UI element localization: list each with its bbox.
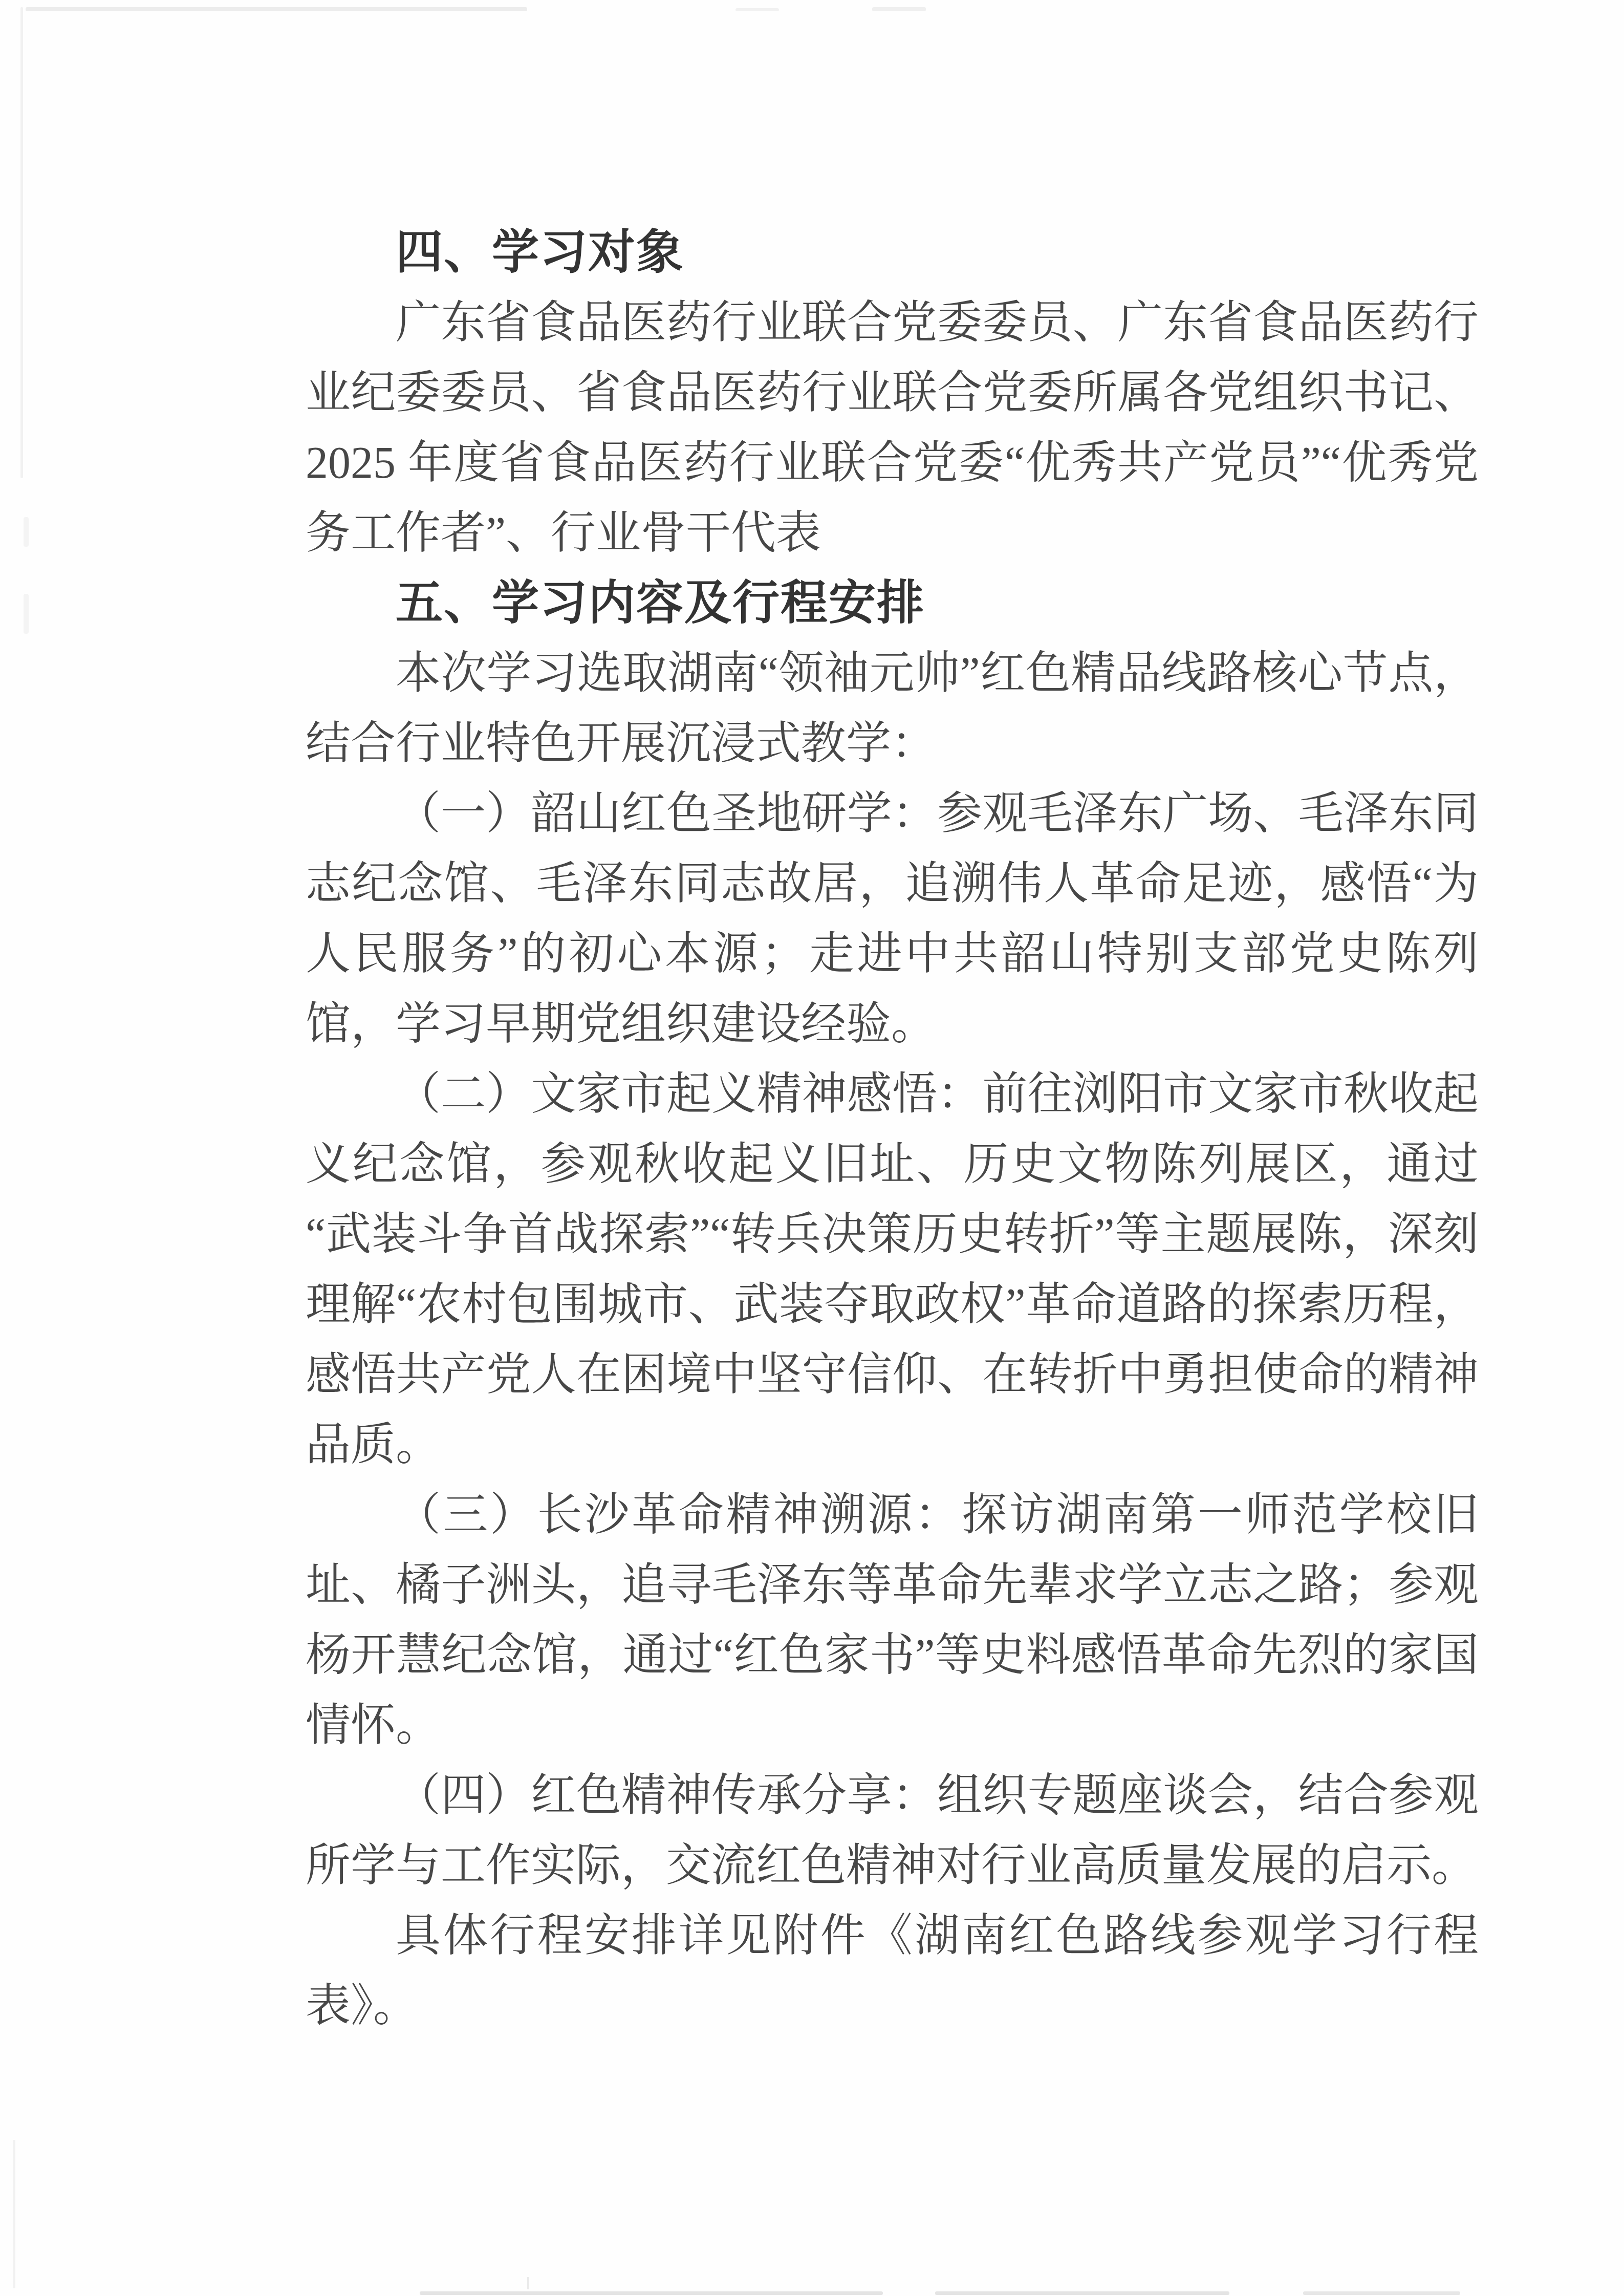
section-heading: 四、学习对象 xyxy=(306,218,1479,288)
scan-artifact-bottom-bleed xyxy=(420,2291,883,2295)
paragraph: 广东省食品医药行业联合党委委员、广东省食品医药行业纪委委员、省食品医药行业联合党… xyxy=(306,288,1479,568)
scan-artifact-left-edge xyxy=(20,7,23,478)
scan-artifact-top-dash xyxy=(735,8,779,11)
section-heading: 五、学习内容及行程安排 xyxy=(306,568,1479,638)
scan-artifact-top-dash xyxy=(872,7,926,11)
scanned-document-page: { "page": { "background_color": "#fefefe… xyxy=(0,0,1624,2296)
scan-artifact-top-edge xyxy=(26,7,527,11)
scan-artifact-left-mark xyxy=(24,594,29,634)
scan-artifact-bottom-tick xyxy=(527,2277,529,2289)
scan-artifact-left-mark xyxy=(24,517,29,547)
scan-artifact-bottom-bleed xyxy=(1303,2291,1460,2295)
paragraph: （一）韶山红色圣地研学：参观毛泽东广场、毛泽东同志纪念馆、毛泽东同志故居，追溯伟… xyxy=(306,779,1479,1059)
scan-artifact-bottom-bleed xyxy=(935,2291,1229,2295)
document-body: 四、学习对象广东省食品医药行业联合党委委员、广东省食品医药行业纪委委员、省食品医… xyxy=(306,218,1479,2041)
paragraph: 具体行程安排详见附件《湖南红色路线参观学习行程表》。 xyxy=(306,1901,1479,2041)
paragraph: （二）文家市起义精神感悟：前往浏阳市文家市秋收起义纪念馆，参观秋收起义旧址、历史… xyxy=(306,1059,1479,1480)
paragraph: （三）长沙革命精神溯源：探访湖南第一师范学校旧址、橘子洲头，追寻毛泽东等革命先辈… xyxy=(306,1480,1479,1761)
scan-artifact-left-edge xyxy=(13,2140,15,2288)
paragraph: （四）红色精神传承分享：组织专题座谈会，结合参观所学与工作实际，交流红色精神对行… xyxy=(306,1761,1479,1901)
paragraph: 本次学习选取湖南“领袖元帅”红色精品线路核心节点，结合行业特色开展沉浸式教学： xyxy=(306,638,1479,779)
